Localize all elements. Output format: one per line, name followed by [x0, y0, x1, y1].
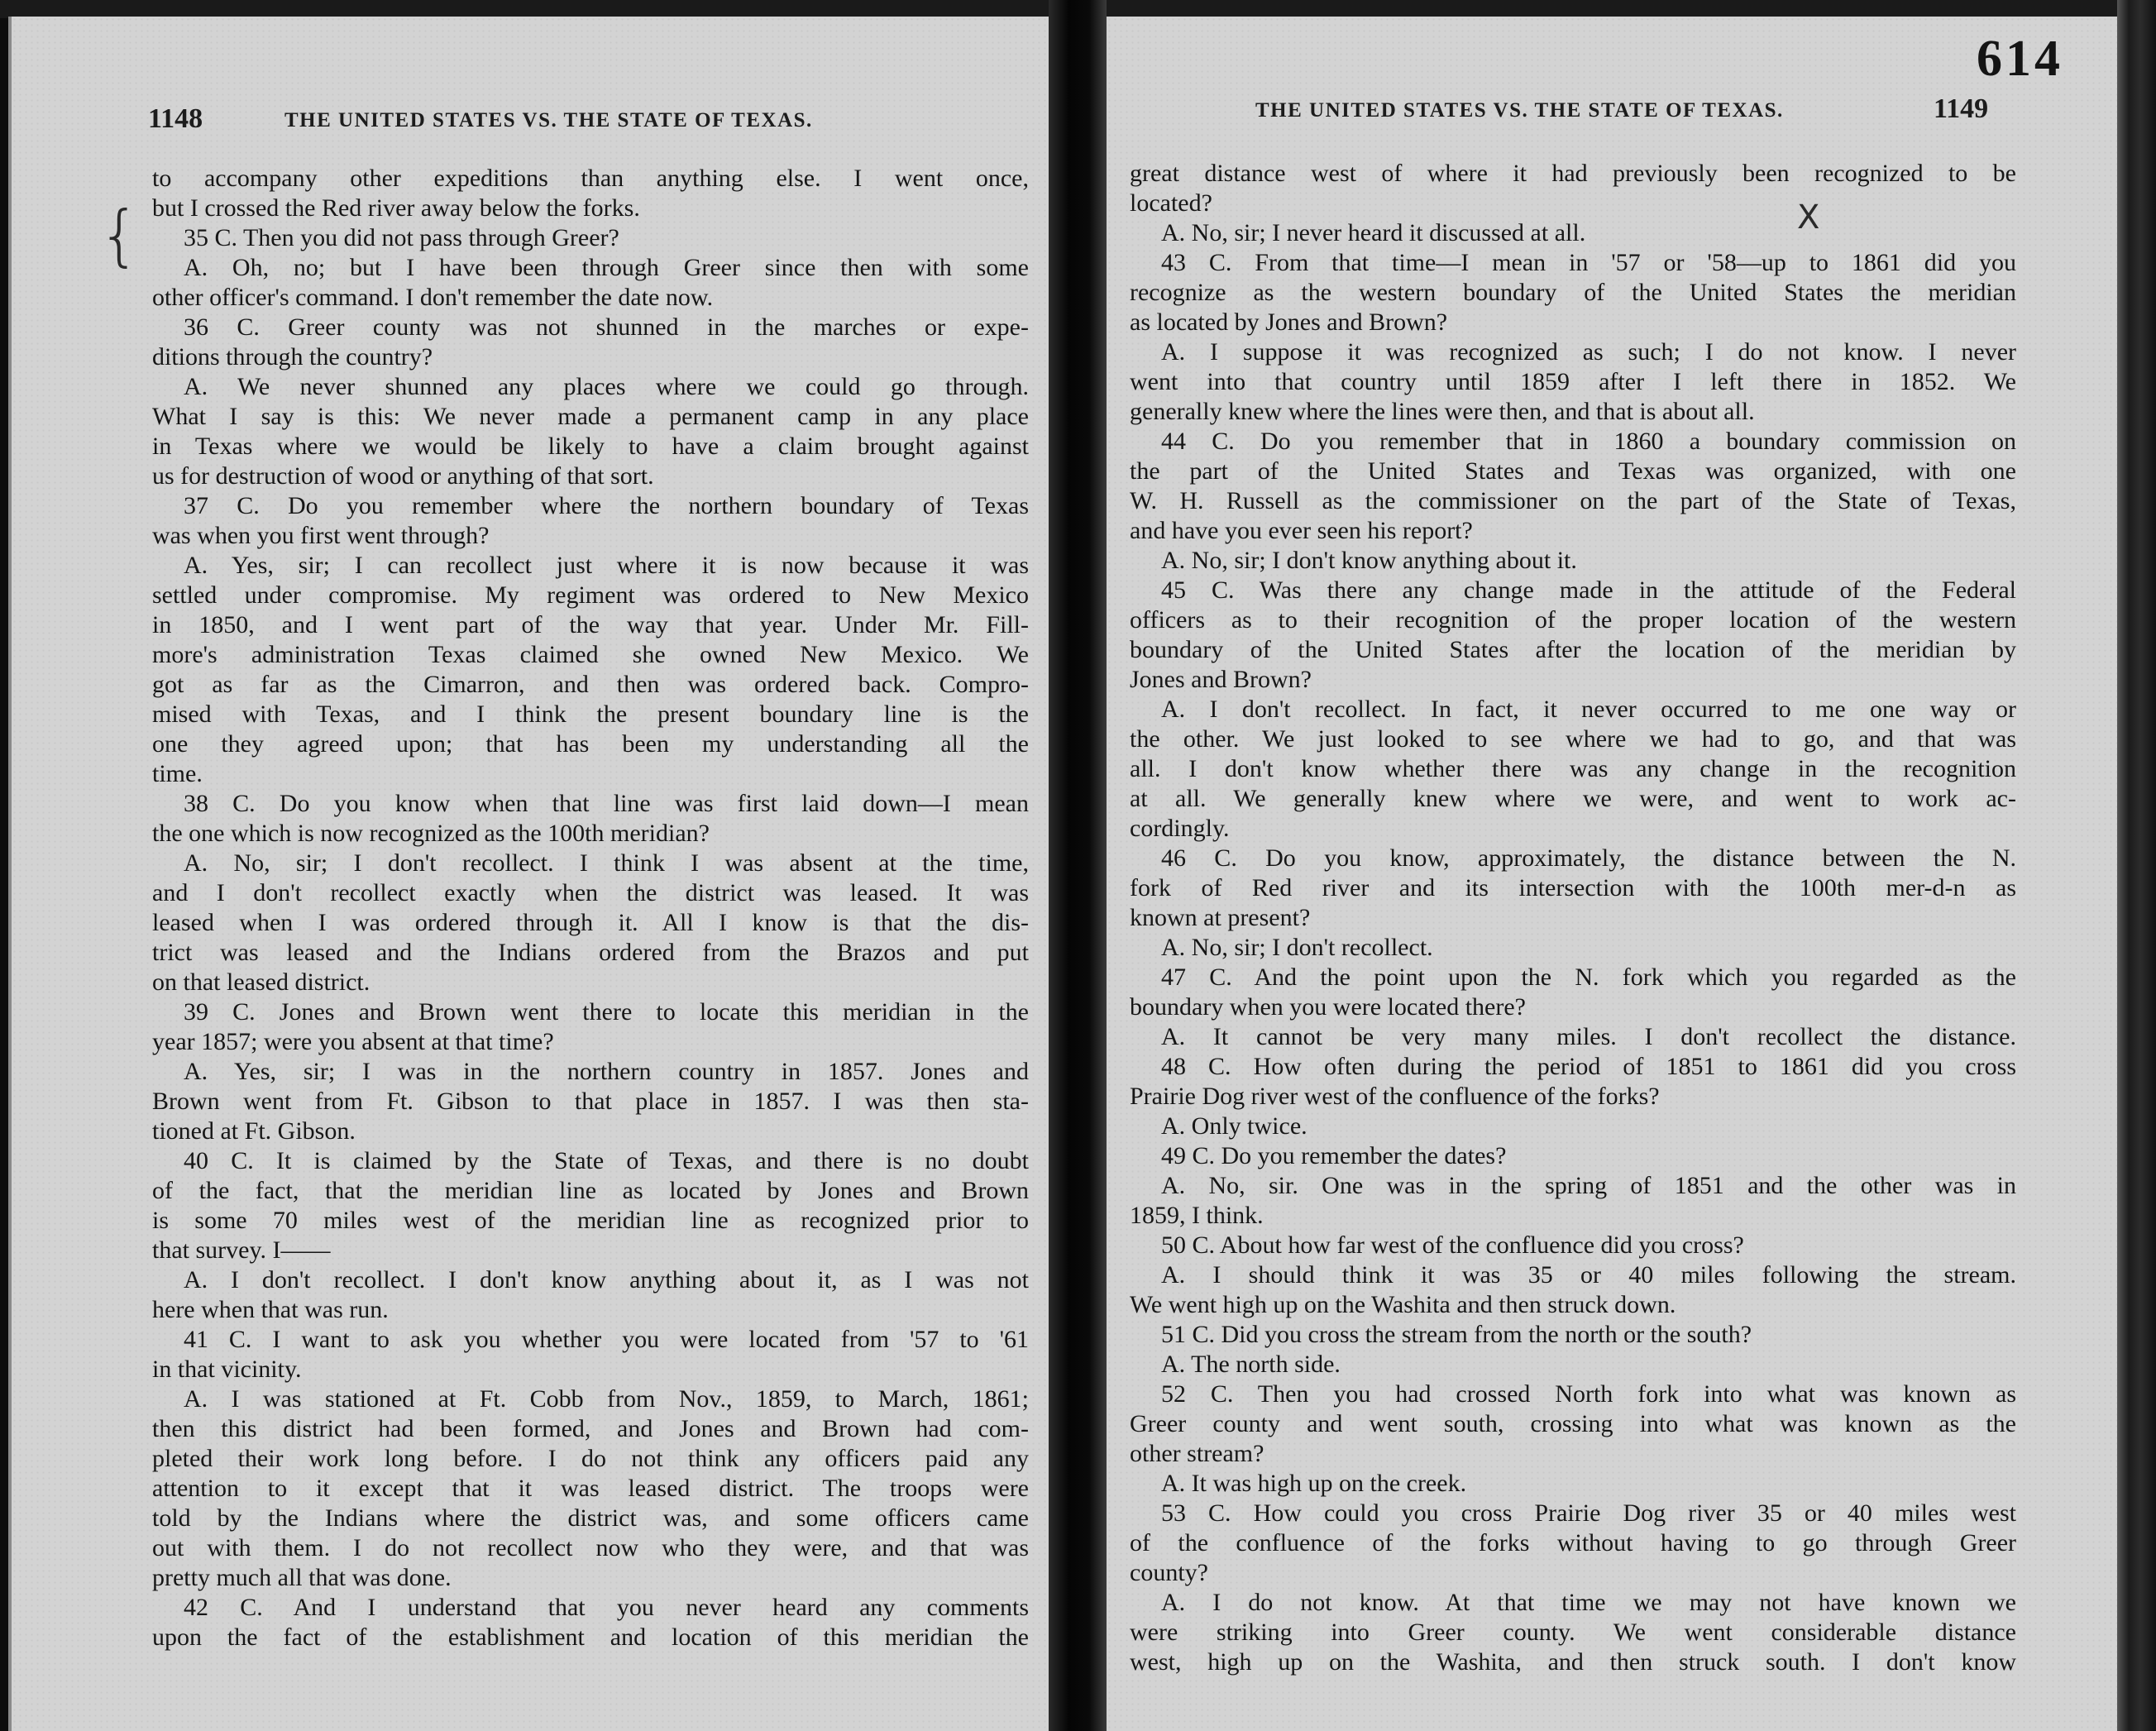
text-line: A. I was stationed at Ft. Cobb from Nov.… [152, 1384, 1029, 1414]
text-line: 38 C. Do you know when that line was fir… [152, 789, 1029, 819]
text-line: of the fact, that the meridian line as l… [152, 1176, 1029, 1206]
text-line: A. It was high up on the creek. [1130, 1469, 2016, 1499]
text-line: other officer's command. I don't remembe… [152, 283, 1029, 313]
left-page: 1148 THE UNITED STATES VS. THE STATE OF … [8, 17, 1052, 1731]
text-line: county? [1130, 1558, 2016, 1588]
text-line: 46 C. Do you know, approximately, the di… [1130, 844, 2016, 873]
scanner-right-edge [2117, 0, 2156, 1731]
text-line: of the confluence of the forks without h… [1130, 1528, 2016, 1558]
stamp-number: 614 [1977, 30, 2063, 88]
text-line: recognize as the western boundary of the… [1130, 278, 2016, 308]
text-line: pretty much all that was done. [152, 1563, 1029, 1593]
page-number-left: 1148 [148, 103, 203, 135]
text-line: Jones and Brown? [1130, 665, 2016, 695]
text-line: A. I should think it was 35 or 40 miles … [1130, 1260, 2016, 1290]
text-line: What I say is this: We never made a perm… [152, 402, 1029, 432]
text-line: A. No, sir; I never heard it discussed a… [1130, 218, 2016, 248]
text-line: one they agreed upon; that has been my u… [152, 729, 1029, 759]
text-line: 44 C. Do you remember that in 1860 a bou… [1130, 427, 2016, 457]
text-line: Prairie Dog river west of the confluence… [1130, 1082, 2016, 1112]
text-line: A. No, sir; I don't recollect. I think I… [152, 849, 1029, 878]
text-line: A. Only twice. [1130, 1112, 2016, 1141]
text-line: in 1850, and I went part of the way that… [152, 610, 1029, 640]
text-line: us for destruction of wood or anything o… [152, 461, 1029, 491]
text-line: but I crossed the Red river away below t… [152, 194, 1029, 223]
page-number-right: 1149 [1934, 93, 1988, 125]
book-gutter [1049, 0, 1107, 1731]
text-line: Greer county and went south, crossing in… [1130, 1409, 2016, 1439]
text-line: 36 C. Greer county was not shunned in th… [152, 313, 1029, 342]
text-line: west, high up on the Washita, and then s… [1130, 1647, 2016, 1677]
text-line: were striking into Greer county. We went… [1130, 1618, 2016, 1647]
text-line: in that vicinity. [152, 1355, 1029, 1384]
text-line: the part of the United States and Texas … [1130, 457, 2016, 486]
running-head-right: THE UNITED STATES VS. THE STATE OF TEXAS… [1255, 99, 1784, 122]
text-line: other stream? [1130, 1439, 2016, 1469]
text-line: 50 C. About how far west of the confluen… [1130, 1231, 2016, 1260]
text-line: ditions through the country? [152, 342, 1029, 372]
text-line: A. No, sir; I don't know anything about … [1130, 546, 2016, 576]
text-line: located? [1130, 189, 2016, 218]
text-line: settled under compromise. My regiment wa… [152, 581, 1029, 610]
text-line: A. I do not know. At that time we may no… [1130, 1588, 2016, 1618]
text-line: A. Oh, no; but I have been through Greer… [152, 253, 1029, 283]
text-line: 49 C. Do you remember the dates? [1130, 1141, 2016, 1171]
text-line: A. Yes, sir; I can recollect just where … [152, 551, 1029, 581]
text-line: in Texas where we would be likely to hav… [152, 432, 1029, 461]
text-line: 47 C. And the point upon the N. fork whi… [1130, 963, 2016, 992]
text-line: to accompany other expeditions than anyt… [152, 164, 1029, 194]
text-line: here when that was run. [152, 1295, 1029, 1325]
margin-bracket-annotation: { [98, 203, 141, 269]
text-line: got as far as the Cimarron, and then was… [152, 670, 1029, 700]
text-line: W. H. Russell as the commissioner on the… [1130, 486, 2016, 516]
text-line: year 1857; were you absent at that time? [152, 1027, 1029, 1057]
text-line: on that leased district. [152, 968, 1029, 997]
text-line: more's administration Texas claimed she … [152, 640, 1029, 670]
text-line: A. Yes, sir; I was in the northern count… [152, 1057, 1029, 1087]
text-line: 48 C. How often during the period of 185… [1130, 1052, 2016, 1082]
text-line: all. I don't know whether there was any … [1130, 754, 2016, 784]
text-line: great distance west of where it had prev… [1130, 159, 2016, 189]
text-line: 37 C. Do you remember where the northern… [152, 491, 1029, 521]
text-line: A. The north side. [1130, 1350, 2016, 1380]
text-line: 35 C. Then you did not pass through Gree… [152, 223, 1029, 253]
text-line: A. It cannot be very many miles. I don't… [1130, 1022, 2016, 1052]
text-line: time. [152, 759, 1029, 789]
text-line: boundary when you were located there? [1130, 992, 2016, 1022]
text-line: known at present? [1130, 903, 2016, 933]
text-line: A. I don't recollect. I don't know anyth… [152, 1265, 1029, 1295]
text-line: went into that country until 1859 after … [1130, 367, 2016, 397]
text-line: 53 C. How could you cross Prairie Dog ri… [1130, 1499, 2016, 1528]
text-line: 43 C. From that time—I mean in '57 or '5… [1130, 248, 2016, 278]
text-line: A. No, sir; I don't recollect. [1130, 933, 2016, 963]
text-line: that survey. I—— [152, 1236, 1029, 1265]
right-text-column: great distance west of where it had prev… [1130, 159, 2016, 1677]
running-head-left: THE UNITED STATES VS. THE STATE OF TEXAS… [284, 109, 813, 132]
text-line: A. No, sir. One was in the spring of 185… [1130, 1171, 2016, 1201]
text-line: then this district had been formed, and … [152, 1414, 1029, 1444]
text-line: mised with Texas, and I think the presen… [152, 700, 1029, 729]
text-line: A. I suppose it was recognized as such; … [1130, 337, 2016, 367]
text-line: 40 C. It is claimed by the State of Texa… [152, 1146, 1029, 1176]
text-line: trict was leased and the Indians ordered… [152, 938, 1029, 968]
text-line: the one which is now recognized as the 1… [152, 819, 1029, 849]
text-line: We went high up on the Washita and then … [1130, 1290, 2016, 1320]
text-line: told by the Indians where the district w… [152, 1504, 1029, 1533]
text-line: tioned at Ft. Gibson. [152, 1117, 1029, 1146]
text-line: 42 C. And I understand that you never he… [152, 1593, 1029, 1623]
text-line: was when you first went through? [152, 521, 1029, 551]
text-line: Brown went from Ft. Gibson to that place… [152, 1087, 1029, 1117]
text-line: 1859, I think. [1130, 1201, 2016, 1231]
text-line: at all. We generally knew where we were,… [1130, 784, 2016, 814]
text-line: and have you ever seen his report? [1130, 516, 2016, 546]
text-line: 39 C. Jones and Brown went there to loca… [152, 997, 1029, 1027]
text-line: generally knew where the lines were then… [1130, 397, 2016, 427]
text-line: officers as to their recognition of the … [1130, 605, 2016, 635]
text-line: the other. We just looked to see where w… [1130, 724, 2016, 754]
text-line: and I don't recollect exactly when the d… [152, 878, 1029, 908]
right-page: 614 THE UNITED STATES VS. THE STATE OF T… [1107, 17, 2117, 1731]
text-line: boundary of the United States after the … [1130, 635, 2016, 665]
text-line: A. We never shunned any places where we … [152, 372, 1029, 402]
text-line: as located by Jones and Brown? [1130, 308, 2016, 337]
text-line: 41 C. I want to ask you whether you were… [152, 1325, 1029, 1355]
text-line: A. I don't recollect. In fact, it never … [1130, 695, 2016, 724]
text-line: is some 70 miles west of the meridian li… [152, 1206, 1029, 1236]
text-line: 51 C. Did you cross the stream from the … [1130, 1320, 2016, 1350]
text-line: fork of Red river and its intersection w… [1130, 873, 2016, 903]
text-line: leased when I was ordered through it. Al… [152, 908, 1029, 938]
text-line: pleted their work long before. I do not … [152, 1444, 1029, 1474]
text-line: cordingly. [1130, 814, 2016, 844]
text-line: attention to it except that it was lease… [152, 1474, 1029, 1504]
text-line: 52 C. Then you had crossed North fork in… [1130, 1380, 2016, 1409]
text-line: 45 C. Was there any change made in the a… [1130, 576, 2016, 605]
left-text-column: to accompany other expeditions than anyt… [152, 164, 1029, 1652]
text-line: upon the fact of the establishment and l… [152, 1623, 1029, 1652]
text-line: out with them. I do not recollect now wh… [152, 1533, 1029, 1563]
